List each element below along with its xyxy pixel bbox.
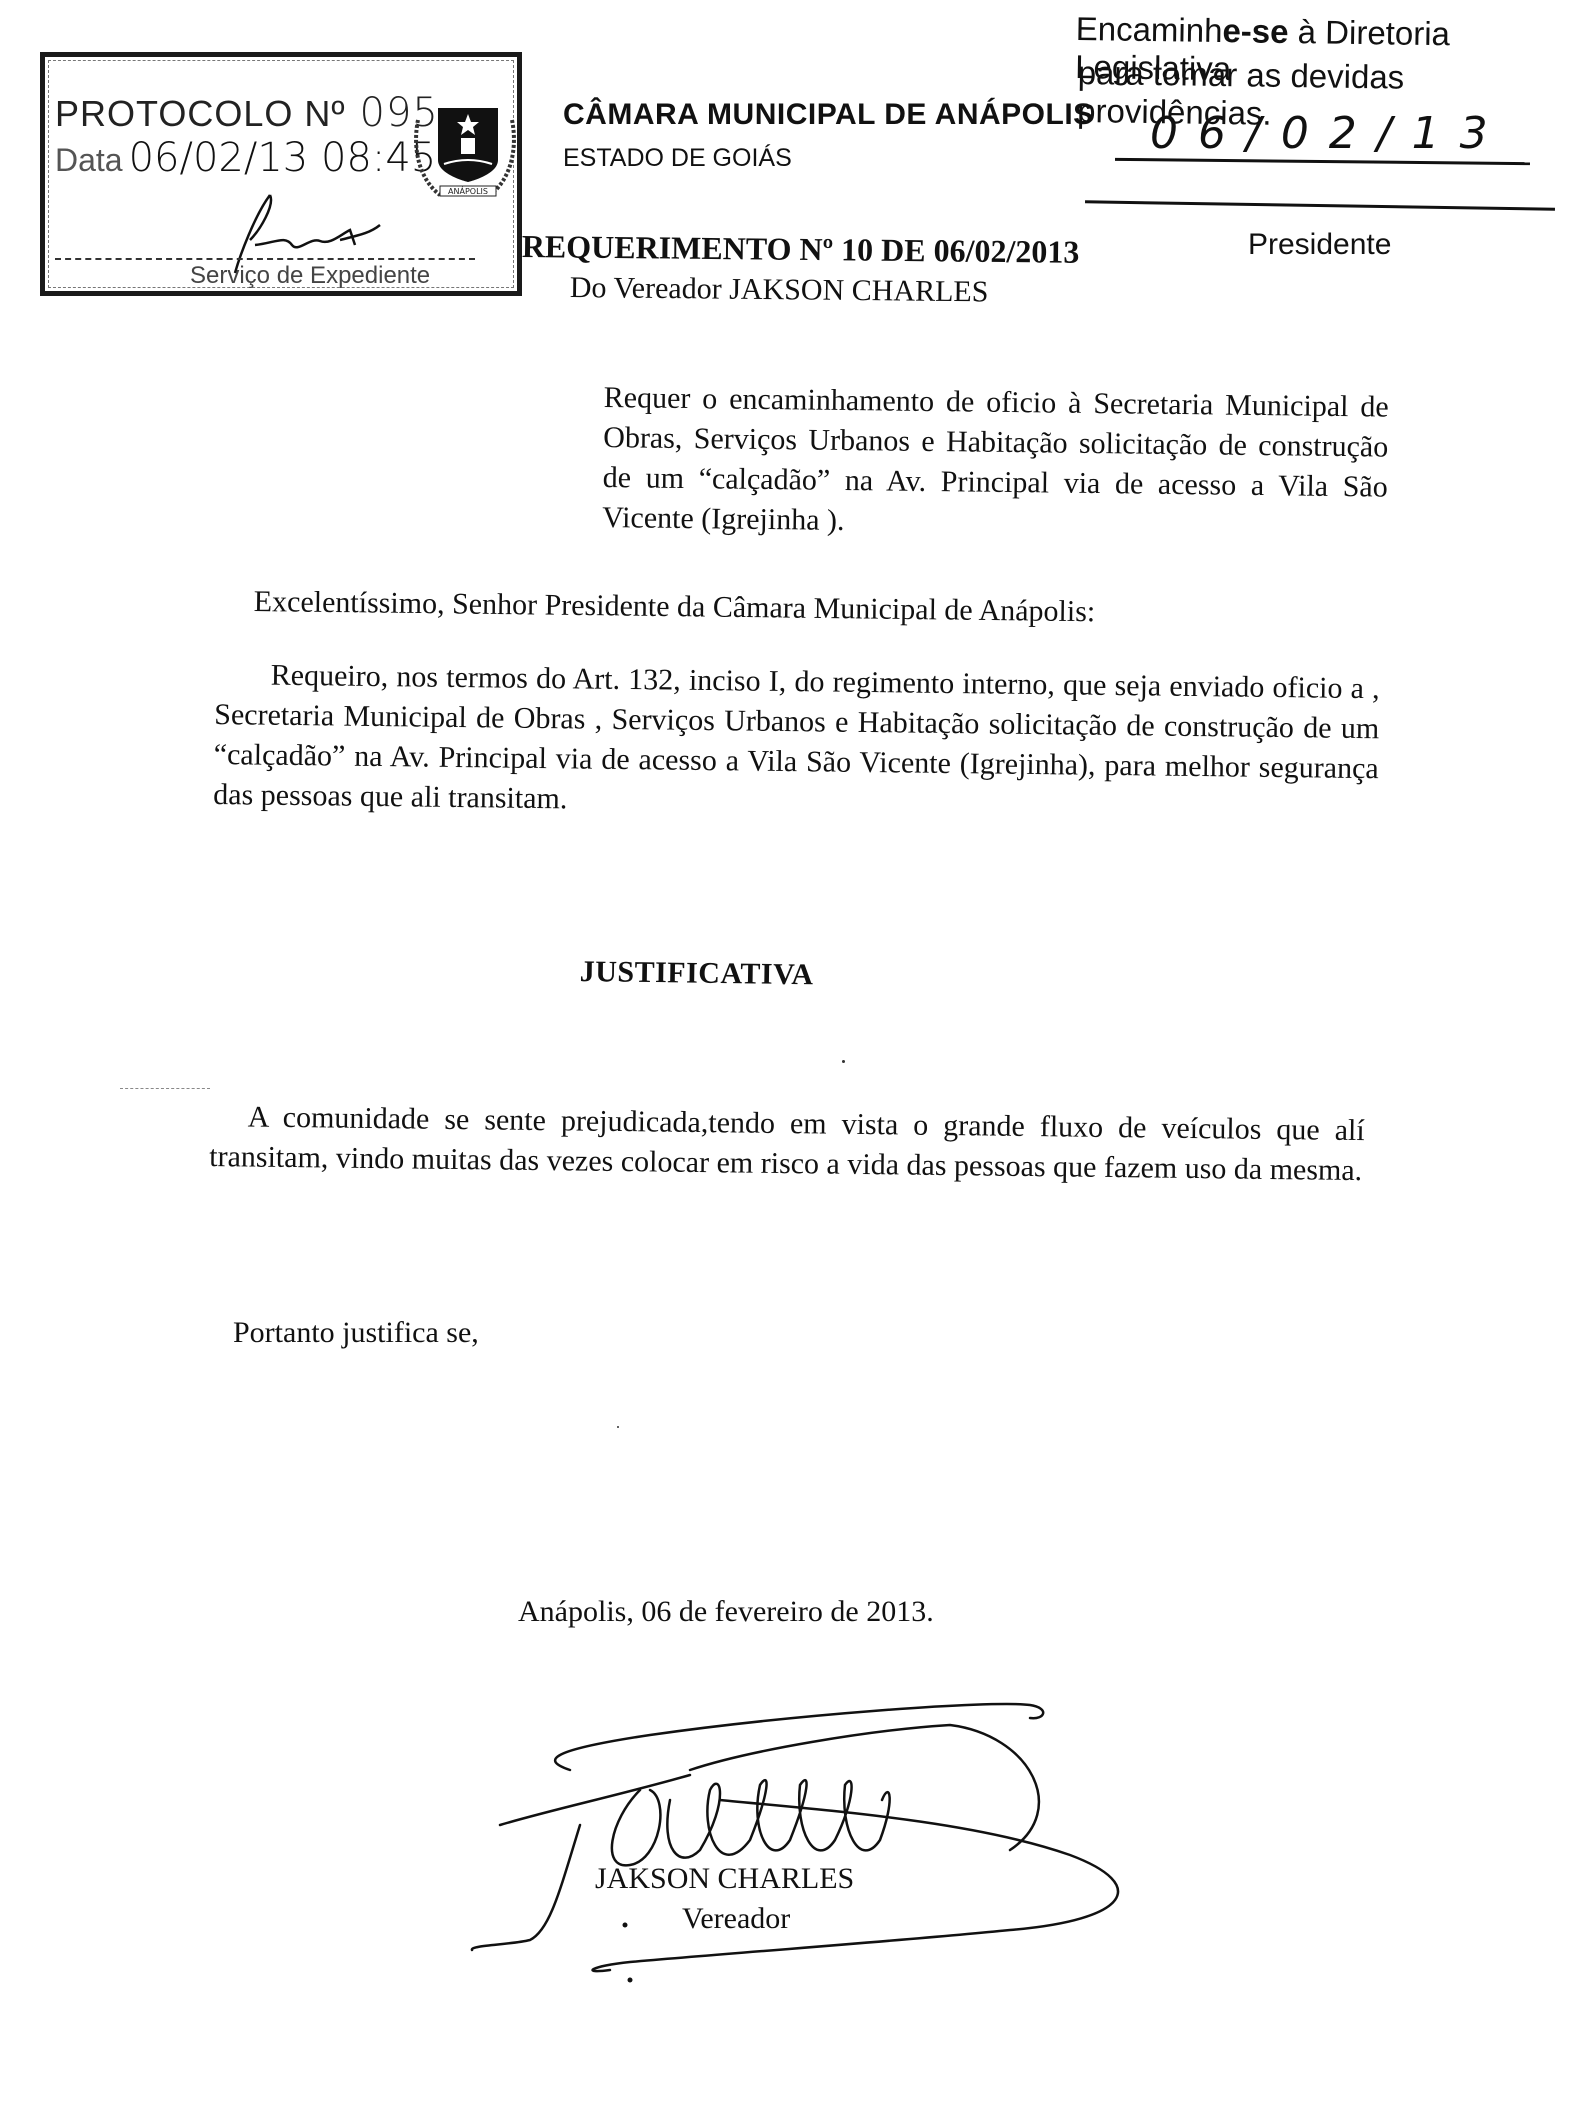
- request-body-paragraph: Requeiro, nos termos do Art. 132, inciso…: [213, 655, 1380, 829]
- place-and-date: Anápolis, 06 de fevereiro de 2013.: [518, 1595, 934, 1629]
- stamp-date-label: Data: [55, 142, 123, 178]
- councilor-signature-icon: [470, 1690, 1150, 2010]
- despacho-line-1-prefix: Encaminh: [1075, 10, 1222, 49]
- scan-dashes: [120, 1088, 210, 1089]
- despacho-line-1-bold: e-se: [1222, 12, 1289, 50]
- scan-speck: [842, 1060, 845, 1063]
- organization-name: CÂMARA MUNICIPAL DE ANÁPOLIS: [563, 98, 1094, 132]
- svg-text:ANÁPOLIS: ANÁPOLIS: [448, 185, 488, 196]
- organization-state: ESTADO DE GOIÁS: [563, 144, 792, 173]
- president-signature-rule: [1085, 200, 1555, 210]
- stamp-signature-rule: [55, 258, 475, 260]
- justification-closing: Portanto justifica se,: [233, 1316, 479, 1350]
- document-title: REQUERIMENTO Nº 10 DE 06/02/2013: [522, 228, 1080, 271]
- ementa-paragraph: Requer o encaminhamento de oficio à Secr…: [602, 378, 1389, 548]
- justification-heading: JUSTIFICATIVA: [580, 955, 814, 992]
- signer-name: JAKSON CHARLES: [595, 1862, 854, 1896]
- justification-paragraph: A comunidade se sente prejudicada,tendo …: [209, 1097, 1365, 1191]
- stamp-protocol-label: PROTOCOLO Nº: [55, 93, 346, 134]
- salutation: Excelentíssimo, Senhor Presidente da Câm…: [254, 585, 1096, 629]
- scan-speck: [617, 1426, 619, 1428]
- stamp-date-line: Data06/02/13 08:45: [55, 135, 436, 181]
- stamp-protocol-line: PROTOCOLO Nº095: [55, 90, 439, 136]
- municipal-crest-icon: ANÁPOLIS: [410, 90, 520, 210]
- signer-role: Vereador: [682, 1902, 790, 1936]
- stamp-date-value: 06/02/13 08:45: [129, 135, 437, 181]
- document-author: Do Vereador JAKSON CHARLES: [570, 271, 989, 309]
- despacho-handwritten-date: 06/02/13: [1150, 108, 1508, 159]
- president-label: Presidente: [1248, 228, 1391, 262]
- stamp-footer: Serviço de Expediente: [190, 262, 430, 290]
